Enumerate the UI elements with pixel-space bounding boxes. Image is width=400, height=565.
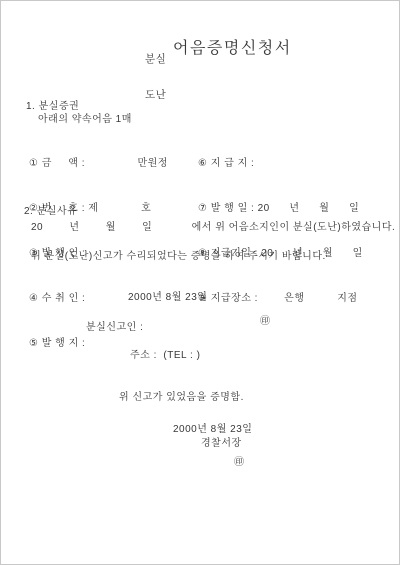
section1-subheading: 아래의 약속어음 1매 [38,110,132,125]
section2-heading: 2. 분실사유 [24,202,77,217]
applicant-date: 2000년 8월 23일 [128,288,207,303]
document-page: 분실 도난 어음증명신청서 1. 분실증권 아래의 약속어음 1매 ① 금 액 … [0,0,400,565]
title-prefix-line2: 도난 [145,89,166,101]
field-payment-bank: ⑨ 지급장소 : 은행 지점 [198,291,363,306]
title-prefix: 분실 도난 [145,29,166,125]
field-amount: ① 금 액 : 만원정 [29,156,168,171]
reporter-seal-icon: ㊞ [260,317,270,327]
certification-date: 2000년 8월 23일 [173,420,252,435]
title-prefix-line1: 분실 [145,53,166,65]
reporter-label: 분실신고인 : [86,318,143,333]
field-issue-date: ⑦ 발 행 일 : 20 년 월 일 [198,201,363,216]
certification-statement: 위 신고가 있었음을 증명함. [119,388,244,403]
field-payment-place: ⑥ 지 급 지 : [198,156,363,171]
page-title: 어음증명신청서 [173,35,292,58]
applicant-address: 주소 : (TEL : ) [130,346,200,361]
certification-seal-icon: ㊞ [234,458,244,468]
certification-signer: 경찰서장 [201,434,242,449]
section2-loss-statement: 20 년 월 일 에서 위 어음소지인이 분실(도난)하였습니다. [31,218,395,233]
section2-request-statement: 위 분실(도난)신고가 수리되었다는 증명을 하여 주시기 바랍니다. [31,247,326,262]
